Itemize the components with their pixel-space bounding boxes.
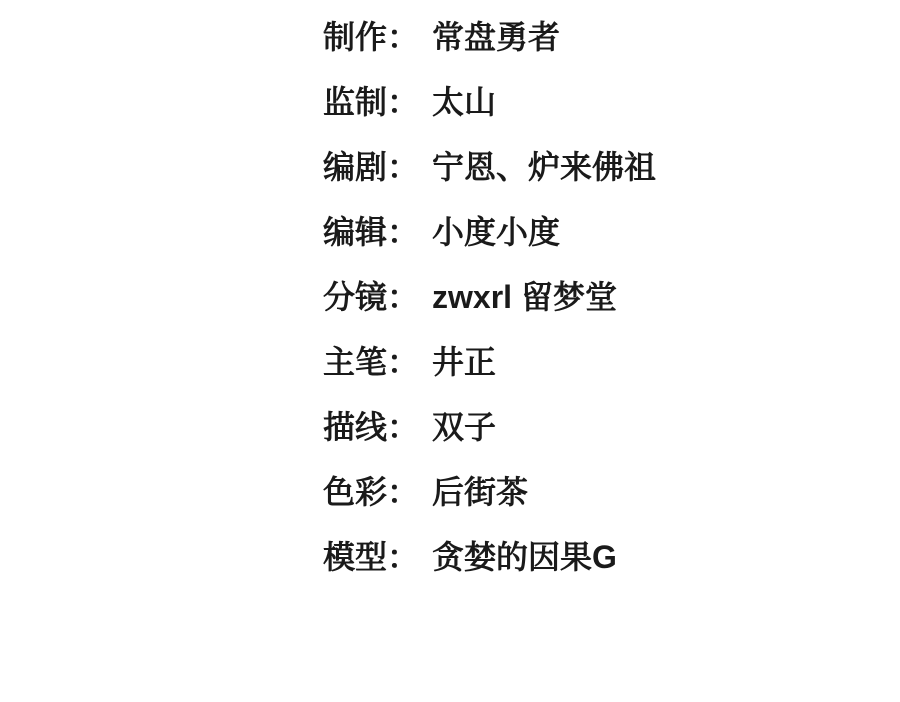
- credit-row: 编剧：宁恩、炉来佛祖: [323, 132, 656, 197]
- credit-separator: ：: [387, 207, 419, 253]
- credit-role-label: 制作: [323, 12, 387, 58]
- credit-separator: ：: [387, 337, 419, 383]
- credit-name: 后街茶: [432, 467, 528, 513]
- credit-role-label: 监制: [323, 77, 387, 123]
- credit-separator: ：: [387, 272, 419, 318]
- credit-role-label: 分镜: [323, 272, 387, 318]
- credits-page: 制作：常盘勇者 监制：太山 编剧：宁恩、炉来佛祖 编辑：小度小度 分镜：zwxr…: [0, 0, 900, 702]
- credit-name: zwxrl 留梦堂: [432, 272, 617, 318]
- credit-role-label: 色彩: [323, 467, 387, 513]
- credit-separator: ：: [387, 142, 419, 188]
- credit-name: 双子: [432, 402, 496, 448]
- credit-role-label: 编辑: [323, 207, 387, 253]
- credit-separator: ：: [387, 402, 419, 448]
- credits-list: 制作：常盘勇者 监制：太山 编剧：宁恩、炉来佛祖 编辑：小度小度 分镜：zwxr…: [323, 2, 656, 587]
- credit-role-label: 模型: [323, 532, 387, 578]
- credit-separator: ：: [387, 532, 419, 578]
- credit-name: 小度小度: [432, 207, 560, 253]
- credit-row: 编辑：小度小度: [323, 197, 656, 262]
- credit-row: 色彩：后街茶: [323, 457, 656, 522]
- credit-role-label: 描线: [323, 402, 387, 448]
- credit-name: 宁恩、炉来佛祖: [432, 142, 656, 188]
- credit-name: 贪婪的因果G: [432, 532, 617, 578]
- credit-role-label: 主笔: [323, 337, 387, 383]
- credit-name: 常盘勇者: [432, 12, 560, 58]
- credit-row: 主笔：井正: [323, 327, 656, 392]
- credit-row: 制作：常盘勇者: [323, 2, 656, 67]
- credit-row: 分镜：zwxrl 留梦堂: [323, 262, 656, 327]
- credit-row: 描线：双子: [323, 392, 656, 457]
- credit-separator: ：: [387, 77, 419, 123]
- credit-role-label: 编剧: [323, 142, 387, 188]
- credit-separator: ：: [387, 467, 419, 513]
- credit-name: 井正: [432, 337, 496, 383]
- credit-name: 太山: [432, 77, 496, 123]
- credit-row: 监制：太山: [323, 67, 656, 132]
- credit-row: 模型：贪婪的因果G: [323, 522, 656, 587]
- credit-separator: ：: [387, 12, 419, 58]
